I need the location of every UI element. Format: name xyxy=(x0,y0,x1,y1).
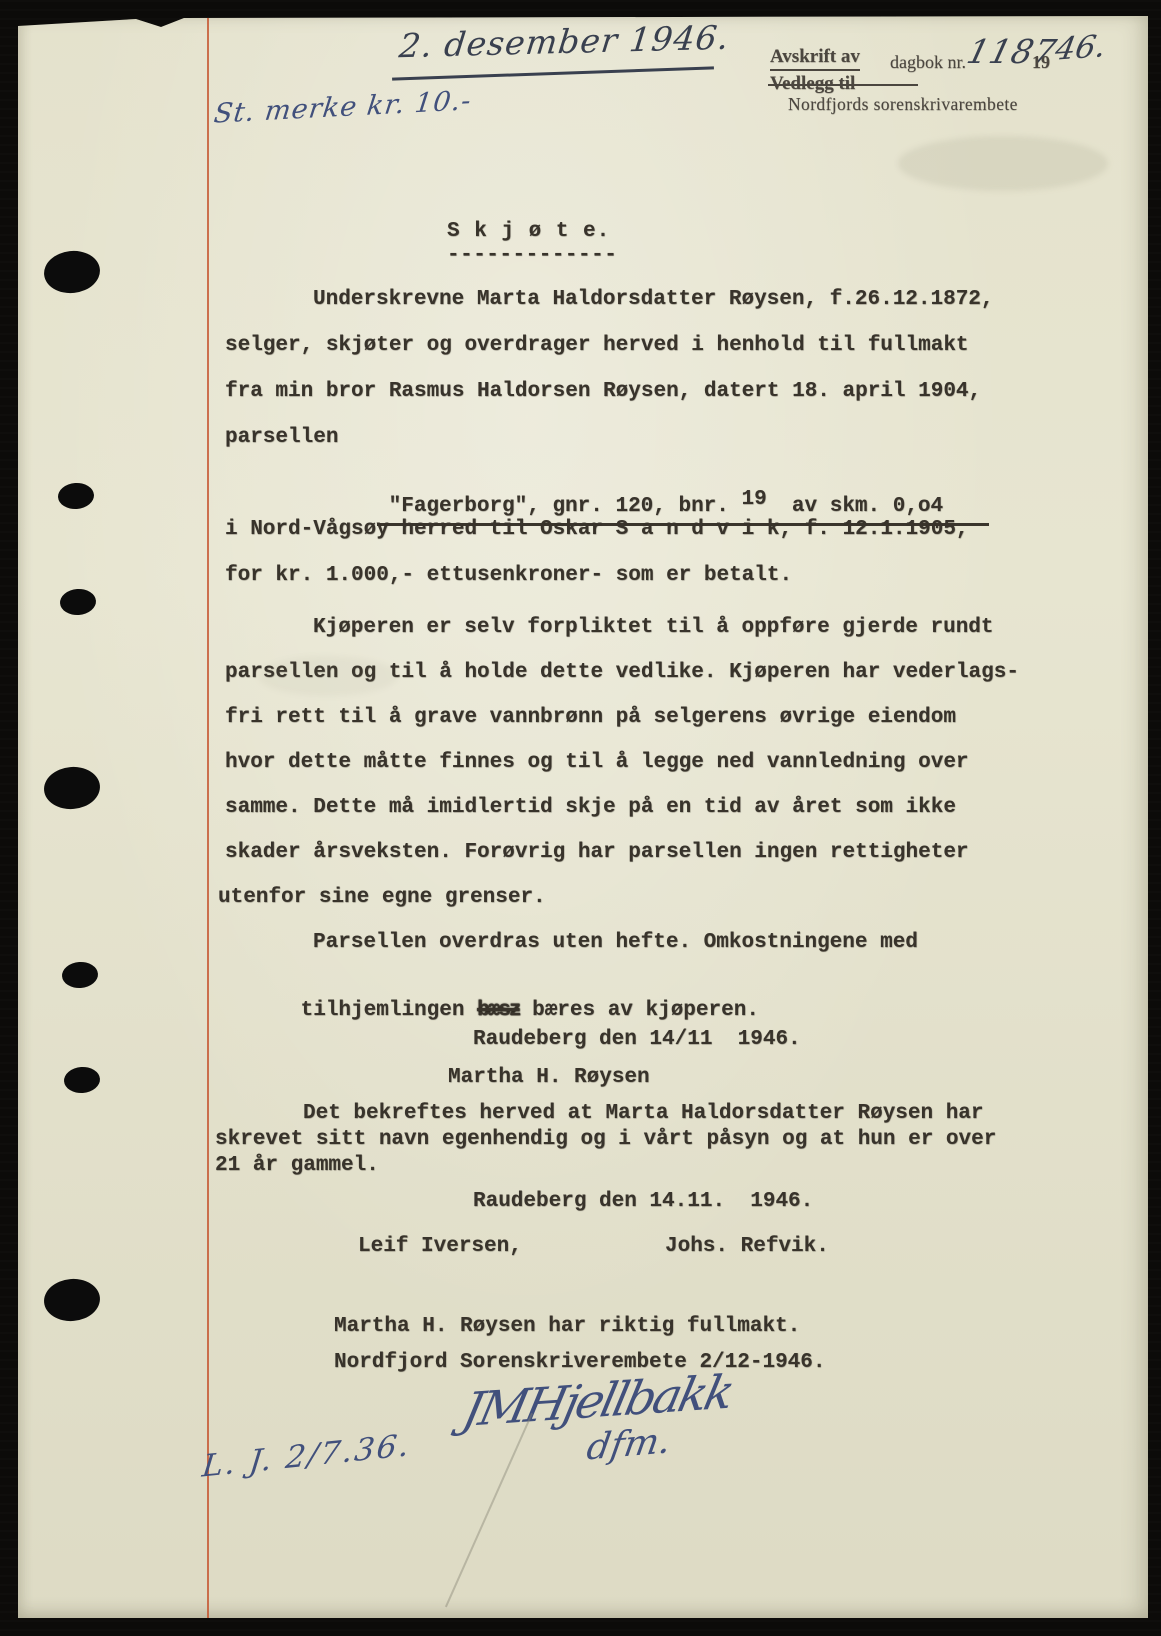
property-bnr: 19 xyxy=(741,488,766,511)
punch-hole xyxy=(42,1277,101,1324)
deed-line: for kr. 1.000,- ettusenkroner- som er be… xyxy=(225,564,994,610)
property-name-text: "Fagerborg", gnr. 120, bnr. xyxy=(389,495,742,518)
deed-line: fra min bror Rasmus Haldorsen Røysen, da… xyxy=(225,380,994,426)
stamp-daybook-label: dagbok nr. xyxy=(890,52,966,73)
witness-name-1: Leif Iversen, xyxy=(358,1235,522,1258)
handwritten-date-underline xyxy=(392,66,714,80)
handwritten-date: 2. desember 1946. xyxy=(397,18,731,66)
deed-title: S k j ø t e. xyxy=(447,220,610,243)
stamp-office-name: Nordfjords sorenskrivarembete xyxy=(788,94,1018,115)
stamp-attachment-struck: Vedlegg til xyxy=(770,73,920,95)
deed-line: Det bekreftes herved at Marta Haldorsdat… xyxy=(215,1102,996,1128)
attestation-line-1: Martha H. Røysen har riktig fullmakt. xyxy=(334,1315,800,1338)
punch-hole xyxy=(63,1066,101,1094)
punch-hole xyxy=(42,765,101,812)
attestation-line-2: Nordfjord Sorenskriverembete 2/12-1946. xyxy=(334,1351,825,1374)
bottom-note-handwriting: L. J. 2/7.36. xyxy=(200,1427,412,1484)
fee-note-handwriting: St. merke kr. 10.- xyxy=(212,85,473,129)
punch-hole xyxy=(42,248,102,296)
year-suffix-handwriting: 46. xyxy=(1052,28,1108,67)
deed-line: Kjøperen er selv forpliktet til å oppfør… xyxy=(225,616,1019,661)
seller-name-typed: Martha H. Røysen xyxy=(448,1066,650,1089)
line-text: bæres av kjøperen. xyxy=(519,999,758,1022)
deed-line: fri rett til å grave vannbrønn på selger… xyxy=(225,706,1019,751)
ink-bleedthrough-smudge xyxy=(898,136,1108,191)
deed-line: 21 år gammel. xyxy=(215,1154,996,1180)
deed-line: skrevet sitt navn egenhendig og i vårt p… xyxy=(215,1128,996,1154)
place-date-line-2: Raudeberg den 14.11. 1946. xyxy=(473,1190,813,1213)
strikethrough-stroke xyxy=(768,84,918,86)
witness-confirmation: Det bekreftes herved at Marta Haldorsdat… xyxy=(215,1102,996,1180)
deed-title-underline: ------------- xyxy=(447,244,617,267)
property-description-line: "Fagerborg", gnr. 120, bnr. 19 av skm. 0… xyxy=(225,472,994,518)
stamp-year-printed: 19 xyxy=(1032,52,1050,73)
deed-paragraph-1: Underskrevne Marta Haldorsdatter Røysen,… xyxy=(225,288,994,610)
punch-hole xyxy=(57,482,95,510)
deed-line: utenfor sine egne grenser. xyxy=(218,886,1019,931)
paper-smudge xyxy=(258,656,398,696)
deed-line: parsellen xyxy=(225,426,994,472)
line-text: tilhjemlingen xyxy=(301,999,477,1022)
property-area-text: av skm. 0,o4 xyxy=(767,495,943,518)
punch-hole xyxy=(61,961,99,989)
signature-title-handwriting: dfm. xyxy=(584,1421,674,1469)
overtyped-correction-line: tilhjemlingen bæsz bæres av kjøperen. xyxy=(225,976,1019,1021)
punch-hole xyxy=(59,588,97,616)
deed-line: samme. Dette må imidlertid skje på en ti… xyxy=(225,796,1019,841)
document-paper: 2. desember 1946. St. merke kr. 10.- Avs… xyxy=(18,16,1148,1618)
place-date-line-1: Raudeberg den 14/11 1946. xyxy=(473,1028,801,1051)
deed-line: hvor dette måtte finnes og til å legge n… xyxy=(225,751,1019,796)
stamp-copy-of-label: Avskrift av xyxy=(770,46,860,71)
deed-line: Underskrevne Marta Haldorsdatter Røysen,… xyxy=(225,288,994,334)
pencil-mark xyxy=(445,1413,533,1607)
struck-out-word: bæsz xyxy=(477,999,519,1022)
witness-name-2: Johs. Refvik. xyxy=(665,1235,829,1258)
margin-rule-line xyxy=(207,16,209,1618)
deed-line: skader årsveksten. Forøvrig har parselle… xyxy=(225,841,1019,886)
deed-line: selger, skjøter og overdrager herved i h… xyxy=(225,334,994,380)
deed-line: Parsellen overdras uten hefte. Omkostnin… xyxy=(225,931,1019,976)
scanned-archive-page: { "document": { "handwritten": { "top_da… xyxy=(0,0,1161,1636)
